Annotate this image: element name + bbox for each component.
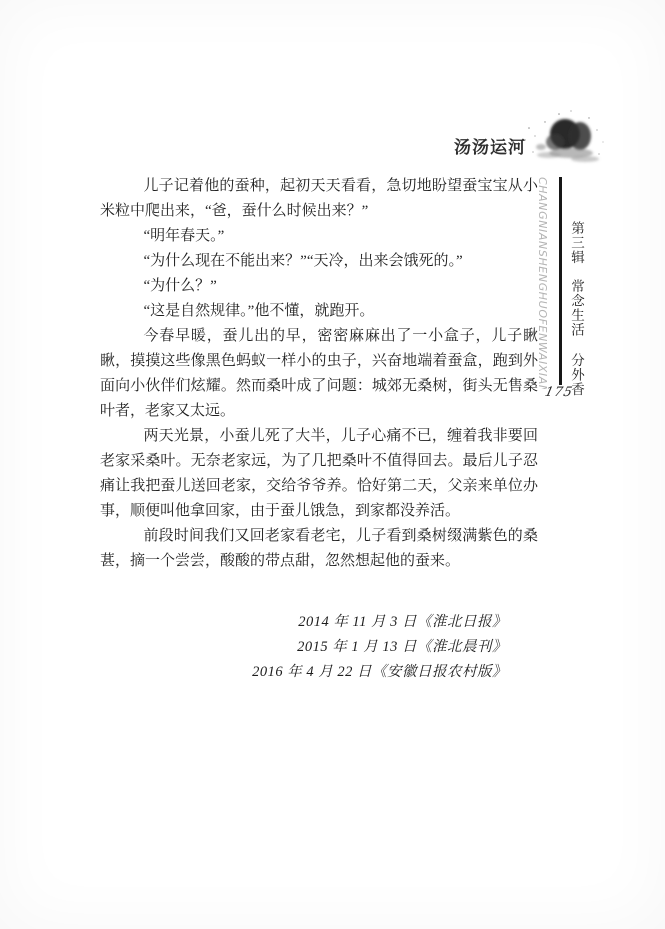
book-page: 汤汤运河 xyxy=(0,0,665,929)
paragraph: “为什么？” xyxy=(100,274,538,299)
sidebar-divider-rule xyxy=(559,177,562,385)
paragraph: 前段时间我们又回老家看老宅，儿子看到桑树缀满紫色的桑葚，摘一个尝尝，酸酸的带点甜… xyxy=(100,524,538,574)
paragraph: “这是自然规律。”他不懂，就跑开。 xyxy=(100,299,538,324)
ink-splash-illustration xyxy=(519,108,611,177)
paragraph: 两天光景，小蚕儿死了大半，儿子心痛不已，缠着我非要回老家采桑叶。无奈老家远，为了… xyxy=(100,424,538,524)
publication-credits: 2014 年 11 月 3 日《淮北日报》 2015 年 1 月 13 日《淮北… xyxy=(100,610,507,685)
publication-line: 2015 年 1 月 13 日《淮北晨刊》 xyxy=(100,635,507,660)
page-number: 175 xyxy=(543,385,574,400)
paragraph: “为什么现在不能出来？”“天冷，出来会饿死的。” xyxy=(100,249,538,274)
paragraph: 儿子记着他的蚕种，起初天天看看，急切地盼望蚕宝宝从小米粒中爬出来，“爸，蚕什么时… xyxy=(100,174,538,224)
book-title: 汤汤运河 xyxy=(440,133,526,158)
publication-line: 2016 年 4 月 22 日《安徽日报农村版》 xyxy=(100,660,507,685)
paragraph: “明年春天。” xyxy=(100,224,538,249)
chapter-title-vertical: 第三辑 常念生活 分外香 xyxy=(566,221,586,401)
story-text: 儿子记着他的蚕种，起初天天看看，急切地盼望蚕宝宝从小米粒中爬出来，“爸，蚕什么时… xyxy=(100,174,538,574)
publication-line: 2014 年 11 月 3 日《淮北日报》 xyxy=(100,610,507,635)
paragraph: 今春早暖，蚕儿出的早，密密麻麻出了一小盒子，儿子瞅瞅，摸摸这些像黑色蚂蚁一样小的… xyxy=(100,324,538,424)
